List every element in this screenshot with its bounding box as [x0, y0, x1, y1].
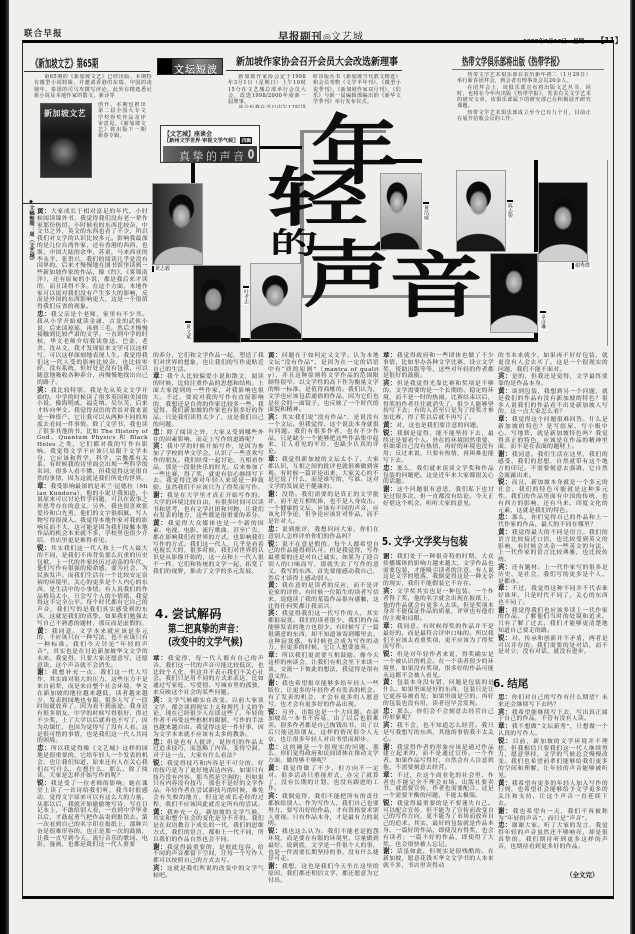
headline-rule: [452, 69, 604, 70]
dialogue-paragraph: 忠：但是也有人批评，说你们的作品太过追求技巧，而忽略了内容，变得空洞。对于这一点…: [153, 739, 264, 760]
speaker-label: 谢：: [153, 843, 167, 851]
dialogue-paragraph: 谢：没错。我们需要的是真正的文学批评，而不是互相吹捧，也不是人身攻击。一个健康的…: [268, 491, 379, 526]
dialogue-paragraph: 锐：对，传承和创新并不矛盾，两者是可以并存的。我们需要的是对话，而不是对立；没有…: [498, 635, 608, 656]
paragraph-text: 对，传承和创新并不矛盾，两者是可以并存的。我们需要的是对话，而不是对立；没有对话…: [498, 636, 608, 656]
dialogue-paragraph: 宾：其实我们说“没有作品”，是说没有一个文坛。但我觉得，这个说法本身就很有问题。…: [268, 414, 379, 456]
paragraph-text: 我觉得，每一代人都有自己的声音，我们这一代的声音可能比较低沉，也比较个人化，但这…: [153, 656, 264, 696]
dialogue-paragraph: 章：我觉得政府和一些团体也做了不少事情，比如举办各种文学比赛，设立文学奖，资助出…: [383, 352, 494, 380]
speaker-label: 黄：: [498, 387, 512, 395]
dialogue-paragraph: 黄：问题在于如何定义文学。认为本地文坛“没有作品”，是因为在一定的话语中有“质的…: [268, 352, 379, 414]
paragraph-text: 其实我们说“没有作品”，是说没有一个文坛。但我觉得，这个说法本身就很有问题。我们…: [268, 415, 379, 455]
paragraph-text: 所以我觉得像《文艺城》这样的园地是很重要的，它给年轻人一个发表的机会，也让我们知…: [37, 746, 148, 779]
paragraph-text: 我同意。文学本来就应该是多元的，不应该只有一种写法，也不应该只有一种标准。我们今…: [37, 629, 148, 669]
dialogue-paragraph: 谢：我想补充一点。我们这一代人写作，其实面对很大的压力，这些压力不是来自前辈，而…: [37, 669, 148, 745]
speaker-label: 锐：: [383, 650, 397, 658]
paragraph-text: 还有题材。上一代作家写的很多是历史、是社会，我们写的更多是个人、是都市。: [498, 565, 608, 585]
speaker-label: 锐：: [383, 429, 397, 437]
dialogue-paragraph: 黄：包装本身没有错，问题是包装的是什么。如果里面是好的东西，包装只是让它更容易被…: [383, 679, 494, 707]
brief-paragraph: 热带文学艺术俱乐部在农历新年初二（1月29日）举行新春团拜会，到会者有理事及会员…: [457, 72, 591, 85]
speaker-label: 锐：: [268, 827, 282, 835]
paragraph-text: 那么，你们会不会刻意去经营自己的形象呢？: [383, 709, 494, 722]
dialogue-paragraph: 章：我觉得，每一代人都有自己的声音，我们这一代的声音可能比较低沉，也比较个人化，…: [153, 655, 264, 697]
paragraph-text: 谢谢大家。听了大家的发言，我觉得年轻的声音虽然还不够响亮，却是很真挚的。我们期待…: [498, 823, 608, 849]
ornament-icon: [248, 149, 254, 159]
paragraph-text: 我觉得做了不少，但方向不一定对。很多活动只重视形式，办完了就算了，没有长期的计划…: [268, 766, 379, 792]
dialogue-paragraph: 锐：我觉得最重要的是不要迷失自己。可以配合宣传，但不能为了宣传而改变自己的写作方…: [383, 800, 494, 849]
dialogue-paragraph: 忠：说到批评，我想问问大家，你们在意别人怎样评价你们的作品吗？: [268, 526, 379, 541]
section-number: 6.: [493, 678, 504, 690]
paragraph-text: 没错。我们需要的是真正的文学批评，而不是互相吹捧，也不是人身攻击。一个健康的文坛…: [268, 492, 379, 525]
dialogue-paragraph: 锐：但是对年轻作者来说，得奖确实是一个被认识的机会。在一个读者很少的环境里，如果…: [383, 651, 494, 679]
paragraph-text: 的养分，它们和文学作品一起，塑造了我们对世界的想象，也让我们的写作更贴近自己的生…: [153, 353, 264, 373]
dialogue-paragraph: 忠：那么，你们会不会刻意去经营自己的形象呢？: [383, 708, 494, 723]
dialogue-paragraph: 章：所以我们更需要互相鼓励。像今天这样的座谈会，让我们有机会坐下来谈一谈，交流一…: [268, 652, 379, 680]
paragraph-text: 我想，这也是我们今天坐在这里的原因，我们都还相信文学，都还愿意为它付出。: [268, 864, 379, 884]
paragraph-text: 所以我们更需要互相鼓励。像今天这样的座谈会，让我们有机会坐下来谈一谈，交流一下彼…: [268, 653, 379, 679]
paragraph-text: 我倒是觉得，能不能坚持下去，最终还是要看个人。外在的环境固然重要，但如果自己没有…: [383, 431, 494, 464]
dialogue-paragraph: 宾：我觉得我们这一代写作的人，其实都很寂寞。我们的读者很少，我们的作品能够发表的…: [268, 610, 379, 652]
series-title-band: 真挚的声音: [163, 146, 257, 162]
paragraph-text: 但是也有人批评，说你们的作品太过追求技巧，而忽略了内容，变得空洞。对于这一点，大…: [153, 740, 264, 760]
speaker-label: 忠：: [498, 694, 512, 701]
brief-body: 热带文学艺术俱乐部在农历新年初二（1月29日）举行新春团拜会，到会者有理事及会员…: [457, 72, 591, 122]
paragraph-text: 我也希望有一天，我们不再被称为“年轻的声音”，而只是“声音”。: [498, 809, 608, 822]
dialogue-paragraph: 谢：我也希望报章能够多给年轻人一些版位，让更多的年轻作者有发表的机会。有了发表的…: [268, 680, 379, 708]
speaker-label: 谢：: [383, 485, 397, 493]
paragraph-text: 对，这也是我们要注意的问题。: [396, 423, 482, 429]
speaker-label: 宾：: [153, 696, 167, 704]
paragraph-text: 但是对年轻作者来说，得奖确实是一个被认识的机会。在一个读者很少的环境里，如果没有…: [383, 652, 494, 678]
paragraph-text: 我觉得政府和一些团体也做了不少事情，比如举办各种文学比赛，设立文学奖，资助出版等…: [383, 353, 494, 379]
speaker-label: 黄：: [37, 208, 51, 215]
paragraph-text: 我在意的是读者的反应，而不是评论家的评价。有时候一位陌生的读者写信来，说他读了我…: [268, 583, 379, 609]
speaker-label: 宾：: [498, 563, 512, 571]
dialogue-paragraph: 忠：你们对自己的写作有什么期望？未来还会继续写下去吗？: [498, 694, 608, 709]
photo-caption: 黄文斌: [185, 321, 191, 340]
brief-lead: 第65期的《新加坡文艺》已经出版。本期特有微型小说特辑，并邀请香港的东瑞、中国的…: [34, 74, 152, 99]
section-title: 文学·文学奖与包装: [394, 535, 468, 548]
paragraph-text: 我补充一点。新加坡的文学气候，其实和整个社会的变化是分不开的。我们是在双语教育下…: [153, 810, 264, 843]
section-heading-4: 4.尝试解码 第二把真挚的声音： (改变中的文学气候): [153, 607, 264, 653]
brief-headline: 新加坡作家协会召开会员大会改选新理事: [236, 58, 398, 68]
paragraph-text: 不过，我觉得这种不同并不代表谁好谁坏，只是时代不同了，关心的东西也不同了。: [498, 586, 608, 606]
dialogue-paragraph: 宾：我比较特别，我是先从英文文学开始的。中学的时候读了很多英国和美国的小说，像海…: [37, 387, 148, 483]
byline: ◆文稿整理：周（文艺城）: [26, 199, 35, 261]
paragraph-text: 我父亲是个老师，家里有不少书。我从小学开始就读金庸、古龙的武侠小说，后来读琼瑶，…: [37, 312, 148, 386]
brief-body-col-b: 时出版丛书《新加坡当代散文精选》和会员刊物《文学半年刊》、《微型小说季刊》、《新…: [313, 74, 401, 108]
paragraph-text: 我觉得最重要的是不要迷失自己。可以配合宣传，但不能为了宣传而改变自己的写作方向，…: [383, 801, 494, 848]
dialogue-paragraph: 宾：文学气候确实在改变。以前大家谈文学，都会谈到现实主义和现代主义的争论，现在已…: [153, 697, 264, 739]
dialogue-paragraph: 谢：我是在大学里才真正开始写作的。大学的环境比较自由，有很多时间可以读书和思考，…: [153, 492, 264, 520]
speaker-label: 黄：: [498, 779, 512, 787]
brief-headline: 热带文学俱乐部将出版《热带学报》: [462, 57, 563, 68]
paragraph-text: 谈到包装，我想到另一个问题，就是我们的作品有没有新加坡的特色？很多人说我们的作品…: [498, 389, 608, 415]
dialogue-paragraph: 黄：我在意的是读者的反应，而不是评论家的评价。有时候一位陌生的读者写信来，说他读…: [268, 582, 379, 610]
speaker-label: 谢：: [383, 743, 397, 751]
dialogue-paragraph: 宾：我中学的时候开始写作，是因为参加了学校的华文学会，认识了一些喜欢写作的朋友。…: [153, 443, 264, 492]
section-heading-main: 4.尝试解码: [155, 608, 222, 620]
paragraph-text: 我同意。我们生活在这里，我们的感受、我们的思想，自然就带有这个地方的印记。不需要…: [498, 452, 608, 478]
series-label-box: 【文艺城】座谈会 〖新州文学世界·审视文学气候〗四辑 真挚的声音: [160, 125, 260, 163]
speaker-label: 章：: [498, 415, 512, 423]
speaker-label: 忠：: [153, 738, 167, 746]
speaker-label: 锐：: [498, 737, 513, 745]
speaker-label: 锐：: [268, 708, 282, 716]
speaker-label: 锐：: [37, 779, 51, 787]
speaker-label: 谢：: [498, 450, 512, 458]
speaker-label: 忠：: [153, 428, 167, 436]
brief-paragraph: 在团拜会上，该俱乐部宣布将出版文艺丛书，同时，也将在今年内出版《热带学报》，发表…: [457, 85, 591, 110]
paragraph-text: 的书本来就少，如果再不好好包装，就更没有人会去买了。这是一个很现实的问题，我们不…: [498, 353, 608, 373]
dialogue-paragraph: 谢：我觉得最重要的，是彼此包容，给不同的声音都留下空间，让每一个写作人都可以按照…: [153, 844, 264, 865]
dialogue-paragraph: 锐：而且，新加坡本身就是一个多元的社会，我们的特色可能就是这种多元性。我们的作品…: [498, 479, 608, 514]
speaker-label: 章：: [153, 372, 167, 380]
dialogue-paragraph: 谢：我同意。我们生活在这里，我们的感受、我们的思想，自然就带有这个地方的印记。不…: [498, 451, 608, 479]
speaker-label: 章：: [383, 352, 397, 359]
article-column-4-bottom: 谢：我们处于一种很奇特的时期，大众传播媒体的影响力越来越大，文学作品也需要包装，…: [383, 553, 494, 894]
section-heading-5: 5.文学·文学奖与包装: [382, 536, 468, 547]
dialogue-paragraph: 黄：我觉得做了不少，但方向不一定对。很多活动只重视形式，办完了就算了，没有长期的…: [268, 765, 379, 793]
paragraph-text: 我不会，也不知道怎么经营。我只是写我想写的东西，其他的事情我不太关心。: [383, 723, 494, 743]
speaker-label: 黄：: [268, 581, 282, 589]
speaker-label: 黄：: [37, 627, 52, 635]
speaker-label: 锐：: [153, 759, 167, 767]
paragraph-text: 除了阅读之外，大家又受到哪些外在的因素影响，而走上写作的道路呢？: [153, 430, 264, 443]
speaker-label: 章：: [153, 655, 168, 662]
paragraph-text: 而且，新加坡本身就是一个多元的社会，我们的特色可能就是这种多元性。我们的作品里面…: [498, 480, 608, 513]
speaker-label: 谢：: [268, 490, 282, 498]
portrait-photo: [456, 170, 506, 252]
dialogue-paragraph: 宾：文学奖其实也是一种包装。一个作者得了奖，他的名字就会出现在报纸上，他的作品就…: [383, 588, 494, 623]
dialogue-paragraph: 忠：那么，你们觉得自己的作品和上一代作家的作品，最大的不同在哪里？: [498, 514, 608, 529]
dialogue-paragraph: 谢：我也希望有一天，我们不再被称为“年轻的声音”，而只是“声音”。: [498, 808, 608, 823]
paragraph-text: 那么，你们觉得自己的作品和上一代作家的作品，最大的不同在哪里？: [498, 515, 608, 528]
dialogue-paragraph: 黄：我觉得最大的不同是语言。我们的语言比较接近口语，也比较受到英文的影响，有时候…: [498, 529, 608, 564]
portrait-photo: [250, 263, 302, 340]
paragraph-text: 我觉得我们这一代写作的人，其实都很寂寞。我们的读者很少，我们的作品能够发表的地方…: [268, 611, 379, 651]
paragraph-text: 我同意。有时候得奖的作品并不是最好的，而是最符合评审口味的。所以我们不应该太看重…: [383, 624, 494, 650]
paragraph-text: 是的，但我还是觉得，文学最终要靠的是作品本身。: [498, 374, 608, 387]
end-of-article-mark: （全文完）: [566, 870, 599, 879]
speaker-label: 忠：: [498, 513, 512, 521]
scan-edge-left: [0, 0, 9, 934]
dialogue-paragraph: 黄：我补充一点。新加坡的文学气候，其实和整个社会的变化是分不开的。我们是在双语教…: [153, 809, 264, 844]
speaker-label: 宾：: [383, 721, 397, 729]
brief-paragraph: 新加坡作家协会定于1998年3月1日（星期日）上午10时15分在文艺城总部举行会…: [228, 74, 306, 105]
speaker-label: 忠：: [498, 821, 512, 829]
column-label: 文坛短波: [174, 61, 218, 76]
dialogue-paragraph: 章：不过，我觉得这种不同并不代表谁好谁坏，只是时代不同了，关心的东西也不同了。: [498, 585, 608, 606]
dialogue-paragraph: 锐：另外，出版也是一个大问题。在新加坡出一本书不容易，出了以后也很难卖。很多作者…: [268, 709, 379, 744]
portrait-photo: [152, 183, 203, 265]
series-line-2: 〖新州文学世界·审视文学气候〗四辑: [164, 137, 252, 144]
portrait-photo: [538, 182, 588, 262]
dialogue-paragraph: 锐：我是受了一位老师的影响。她在课堂上读了一首诗给我们听，我当时很感动，觉得文字…: [37, 780, 148, 849]
dialogue-paragraph: 章：我觉得新加坡的文坛太小了，大家都认识，互相之间的批评也就很难做到客观。有时候…: [268, 456, 379, 491]
paragraph-text: 说到批评，我想问问大家，你们在意别人怎样评价你们的作品吗？: [268, 527, 379, 540]
dialogue-paragraph: 谢：这个问题很有意思，我们私下也讨论过很多次，但一直都没有结论。今天正好借这个机…: [383, 486, 494, 507]
paragraph-text: 我觉得技巧和内容是不可分的。好的技巧是为了更好地表达内容，如果只有技巧没有内容，…: [153, 761, 264, 808]
paragraph-text: 我也这么认为。我们不能老是抱怨环境，而是要在有限的环境里，尽量做到最好。说到底，…: [268, 829, 379, 862]
dialogue-paragraph: 黄：我同意。文学本来就应该是多元的，不应该只有一种写法，也不应该只有一种标准。我…: [37, 628, 148, 670]
paragraph-text: 目前，新加坡的文学环境并不理想，但我相信只要我们这一代人继续努力，愿意坚持，文学…: [498, 739, 608, 779]
speaker-label: 章：: [268, 455, 282, 463]
dialogue-paragraph: 宾：还有题材。上一代作家写的很多是历史、是社会，我们写的更多是个人、是都市。: [498, 564, 608, 585]
dialogue-paragraph: 忠：我父亲是个老师，家里有不少书。我从小学开始就读金庸、古龙的武侠小说，后来读琼…: [37, 311, 148, 387]
speaker-label: 黄：: [383, 678, 397, 686]
speaker-label: 忠：: [268, 743, 283, 751]
section-subtitle: 第二把真挚的声音：: [168, 624, 244, 635]
speaker-label: 谢：: [383, 847, 397, 855]
paragraph-text: 我觉得我们也应该多读上一代作家的作品，了解他们当时的处境和追求。只有了解了过去，…: [498, 608, 608, 634]
article-column-2-top: 的养分，它们和文学作品一起，塑造了我们对世界的想象，也让我们的写作更贴近自己的生…: [153, 352, 264, 604]
section-rule: [22, 203, 152, 204]
speaker-label: 谢：: [153, 491, 167, 499]
paragraph-text: 我也希望报章能够多给年轻人一些版位，让更多的年轻作者有发表的机会。有了发表的机会…: [268, 681, 379, 707]
paragraph-text: 说不在意是假的。每个人都希望自己的作品能得到认可。但是我觉得，写作最重要的还是对…: [268, 542, 379, 582]
speaker-label: 宾：: [383, 587, 397, 595]
paragraph-text: 我希望有更多的年轻人加入写作的行列，也希望社会能够给予文学更多的关注和支持，让这…: [498, 781, 608, 807]
photo-caption: 叶孝忠: [243, 286, 249, 305]
paragraph-text: 这就是我们所说的改变中的文学气候吧。: [153, 866, 264, 879]
dialogue-paragraph: 黄：我觉得大众媒体也是一个新的因素。电视、电影、流行歌曲，甚至广告，都在影响我们…: [153, 520, 264, 575]
paragraph-text: 我是受了一位老师的影响。她在课堂上读了一首诗给我们听，我当时很感动，觉得文字原来…: [37, 781, 148, 848]
speaker-label: 锐：: [498, 478, 512, 486]
paragraph-text: 我觉得作者的形象应该是通过作品建立起来的，而不是通过宣传。一个作者，如果作品写得…: [383, 745, 494, 771]
series-title: 真挚的声音: [179, 148, 247, 164]
paragraph-text: 我倒觉得，我们不能把所有的责任都推给别人。作为写作人，我们自己也要努力，要写出好…: [268, 794, 379, 827]
paragraph-text: 我个人比较偏爱小说和散文，阅读的时候，比较注重作品的思想和结构。上面大家提到的一…: [153, 374, 264, 428]
dialogue-paragraph: 宾：我希望能继续写下去，写出真正属于自己的作品，不管有没有人读。: [498, 709, 608, 724]
dialogue-paragraph: 忠：那么，我们就来谈谈文学奖和作品包装的问题吧。这是近年来大家都很关心的话题。: [383, 465, 494, 486]
dialogue-paragraph: 章：我同意。有时候得奖的作品并不是最好的，而是最符合评审口味的。所以我们不应该太…: [383, 623, 494, 651]
dialogue-paragraph: 锐：我也这么认为。我们不能老是抱怨环境，而是要在有限的环境里，尽量做到最好。说到…: [268, 828, 379, 863]
paragraph-text: 话虽如此，但现实是很残酷的。在新加坡，愿意花钱买华文文学书的人本来就不多，书店里…: [383, 849, 494, 869]
article-column-2-bottom: 章：我觉得，每一代人都有自己的声音，我们这一代的声音可能比较低沉，也比较个人化，…: [153, 655, 264, 894]
dialogue-paragraph: 宾：我不会，也不知道怎么经营。我只是写我想写的东西，其他的事情我不太关心。: [383, 722, 494, 743]
connector-line: [260, 146, 302, 149]
dialogue-paragraph: 锐：我倒是觉得，能不能坚持下去，最终还是要看个人。外在的环境固然重要，但如果自己…: [383, 430, 494, 465]
speaker-label: 宾：: [37, 386, 51, 394]
photo-caption: 陈志锐: [507, 200, 513, 219]
speaker-label: 忠：: [268, 525, 282, 533]
speaker-label: 宾：: [268, 609, 282, 617]
photo-caption: 谢秀群: [572, 263, 591, 269]
scan-edge-right: [630, 0, 635, 934]
dialogue-paragraph: 宾：这就是我们所说的改变中的文学气候吧。: [153, 865, 264, 880]
speaker-label: 黄：: [153, 519, 168, 527]
dialogue-paragraph: 宾：是的，但我还是觉得，文学最终要靠的是作品本身。: [498, 373, 608, 388]
dialogue-paragraph: 章：我受影响最深的是米兰·昆德拉（Milan Kundera），他的小说让我知道…: [37, 483, 148, 545]
dialogue-paragraph: 的书本来就少，如果再不好好包装，就更没有人会去买了。这是一个很现实的问题，我们不…: [498, 352, 608, 373]
speaker-label: 谢：: [268, 862, 282, 870]
portrait-photo: [193, 265, 241, 343]
feature-title-char: 声: [303, 240, 393, 312]
dialogue-paragraph: 章：我不想做“文坛新秀”，只想做一个认真的写作人。: [498, 723, 608, 738]
paragraph-text: 那么，我们就来谈谈文学奖和作品包装的问题吧。这是近年来大家都很关心的话题。: [383, 466, 494, 486]
paragraph-text: 我觉得新加坡的文坛太小了，大家都认识，互相之间的批评也就很难做到客观。有时候一篇…: [268, 457, 379, 490]
speaker-label: 谢：: [383, 553, 397, 560]
speaker-label: 宾：: [498, 708, 512, 716]
paragraph-text: 不过，在这个商业化的社会里，作者也不能完全不理会市场。出版社要卖书，就需要宣传，…: [383, 773, 494, 799]
feature-title-char: 音: [389, 251, 483, 322]
speaker-label: 章：: [498, 584, 512, 592]
paragraph-text: 这个问题很有意思，我们私下也讨论过很多次，但一直都没有结论。今天正好借这个机会，…: [383, 487, 494, 507]
paragraph-text: 问题在于如何定义文学。认为本地文坛“没有作品”，是因为在一定的话语中有“质的原则…: [268, 353, 379, 413]
speaker-label: 黄：: [268, 352, 282, 359]
speaker-label: 宾：: [268, 413, 282, 421]
collage-bottom-rule: [193, 338, 538, 342]
dialogue-paragraph: 忠：除了阅读之外，大家又受到哪些外在的因素影响，而走上写作的道路呢？: [153, 429, 264, 444]
speaker-label: 宾：: [153, 442, 167, 450]
paragraph-text: 我想补充一点。我们这一代人写作，其实面对很大的压力，这些压力不是来自前辈，而是来…: [37, 670, 148, 744]
dialogue-paragraph: 谢：我想，这也是我们今天坐在这里的原因，我们都还相信文学，都还愿意为它付出。: [268, 863, 379, 884]
paragraph-text: 我觉得这个问题很难回答。什么是新加坡的特色？是写组屋、写小贩中心、写地铁，就是新…: [498, 417, 608, 450]
section-number: 5.: [382, 535, 391, 548]
article-column-5-bottom: 忠：你们对自己的写作有什么期望？未来还会继续写下去吗？宾：我希望能继续写下去，写…: [498, 694, 608, 869]
paragraph-text: 我比较特别，我是先从英文文学开始的。中学的时候读了很多英国和美国的小说，像海明威…: [37, 388, 148, 482]
dialogue-paragraph: 黄：谈到包装，我想到另一个问题，就是我们的作品有没有新加坡的特色？很多人说我们的…: [498, 388, 608, 416]
speaker-label: 锐：: [498, 634, 512, 642]
speaker-label: 忠：: [383, 464, 397, 472]
speaker-label: 黄：: [153, 808, 167, 816]
feature-title-char: 轻: [268, 166, 368, 230]
speaker-label: 宾：: [268, 792, 282, 800]
portrait-photo: [380, 173, 422, 250]
speaker-label: 宾：: [383, 379, 397, 387]
section-number: 4.: [155, 607, 169, 621]
dialogue-paragraph: 锐：我觉得技巧和内容是不可分的。好的技巧是为了更好地表达内容，如果只有技巧没有内…: [153, 760, 264, 809]
speaker-label: 章：: [37, 482, 50, 490]
dialogue-paragraph: 的养分，它们和文学作品一起，塑造了我们对世界的想象，也让我们的写作更贴近自己的生…: [153, 352, 264, 373]
photo-caption: 卓彦琳: [540, 311, 546, 330]
brief-body-col-a: 新加坡作家协会定于1998年3月1日（星期日）上午10时15分在文艺城总部举行会…: [228, 74, 306, 108]
paragraph-text: 我希望能继续写下去，写出真正属于自己的作品，不管有没有人读。: [498, 710, 608, 723]
dialogue-paragraph: 黄：我希望有更多的年轻人加入写作的行列，也希望社会能够给予文学更多的关注和支持，…: [498, 780, 608, 808]
magazine-cover-image: 新加坡文艺: [40, 103, 92, 178]
section-heading-6: 6.结尾: [493, 679, 528, 690]
brief-paragraph: 时出版丛书《新加坡当代散文精选》和会员刊物《文学半年刊》、《微型小说季刊》、《新…: [313, 74, 401, 105]
speaker-label: 谢：: [498, 807, 513, 815]
dialogue-paragraph: 锐：目前，新加坡的文学环境并不理想，但我相信只要我们这一代人继续努力，愿意坚持，…: [498, 738, 608, 780]
dialogue-paragraph: 章：不过，在这个商业化的社会里，作者也不能完全不理会市场。出版社要卖书，就需要宣…: [383, 772, 494, 800]
paragraph-text: 我觉得最大的不同是语言。我们的语言比较接近口语，也比较受到英文的影响，有时候会夹…: [498, 530, 608, 563]
dialogue-paragraph: 谢：我觉得我们也应该多读上一代作家的作品，了解他们当时的处境和追求。只有了解了过…: [498, 607, 608, 635]
article-column-3: 黄：问题在于如何定义文学。认为本地文坛“没有作品”，是因为在一定的话语中有“质的…: [268, 352, 379, 894]
section-title: 结尾: [507, 678, 528, 690]
paragraph-text: 我不想做“文坛新秀”，只想做一个认真的写作人。: [498, 724, 608, 737]
headline-rule: [24, 71, 150, 72]
dialogue-paragraph: 宾：但是我觉得光靠比赛和奖项是不够的。文学需要的是一个长期的、稳定的环境，而不是…: [383, 380, 494, 422]
brief-headline: 《新加坡文艺》第65期: [32, 58, 98, 69]
speaker-label: 章：: [383, 771, 397, 779]
speaker-label: 锐：: [268, 540, 282, 548]
dialogue-paragraph: 章：我觉得这个问题很难回答。什么是新加坡的特色？是写组屋、写小贩中心、写地铁，就…: [498, 416, 608, 451]
dialogue-paragraph: 谢：我们处于一种很奇特的时期，大众传播媒体的影响力越来越大，文学作品也需要包装，…: [383, 553, 494, 588]
dialogue-paragraph: 锐：其实我们这一代人和上一代人最大的不同，是我们不再背负那么沉重的历史包袱。上一…: [37, 545, 148, 628]
brief-body: 第65期的《新加坡文艺》已经出版。本期特有微型小说特辑，并邀请香港的东瑞、中国的…: [34, 74, 152, 101]
brief-body-side: 创作。本期也推出第二届全国大专文学奖得奖作品及评审意见。《新加坡文艺》将出版下一…: [98, 102, 146, 172]
speaker-label: 章：: [268, 651, 282, 659]
paragraph-text: 另外，出版也是一个大问题。在新加坡出一本书不容易，出了以后也很难卖。很多作者都是…: [268, 710, 379, 743]
dialogue-paragraph: 忠：这的确是一个很现实的问题。那么，你们觉得政府和民间团体在推动文学方面，做得够…: [268, 744, 379, 765]
speaker-label: 谢：: [498, 606, 512, 614]
paragraph-text: 我们处于一种很奇特的时期，大众传播媒体的影响力越来越大，文学作品也需要包装，才能…: [383, 554, 494, 587]
paragraph-text: 我受影响最深的是米兰·昆德拉（Milan Kundera），他的小说让我知道，小…: [37, 484, 148, 544]
series-badge: 四辑: [240, 137, 252, 144]
dialogue-paragraph: 章：我个人比较偏爱小说和散文，阅读的时候，比较注重作品的思想和结构。上面大家提到…: [153, 373, 264, 428]
portrait-photo: [490, 253, 538, 333]
speaker-label: 忠：: [37, 310, 51, 318]
dialogue-paragraph: 黄：对，这也是我们要注意的问题。: [383, 422, 494, 430]
speaker-label: 黄：: [383, 421, 396, 429]
speaker-label: 宾：: [153, 864, 167, 872]
paragraph-text: 但是我觉得光靠比赛和奖项是不够的。文学需要的是一个长期的、稳定的环境，而不是一时…: [383, 381, 494, 421]
connector-line: [191, 163, 195, 184]
speaker-label: 锐：: [37, 544, 51, 552]
speaker-label: 宾：: [498, 372, 512, 380]
photo-caption: 黄浩威: [423, 202, 429, 221]
photo-caption: 黄志毅: [152, 266, 171, 272]
dialogue-paragraph: 谢：我觉得作者的形象应该是通过作品建立起来的，而不是通过宣传。一个作者，如果作品…: [383, 744, 494, 772]
column-label-badge: 文坛短波: [157, 58, 223, 75]
connector-line: [380, 159, 422, 163]
paragraph-text: 文学奖其实也是一种包装。一个作者得了奖，他的名字就会出现在报纸上，他的作品就会有…: [383, 589, 494, 622]
paragraph-text: 我是在大学里才真正开始写作的。大学的环境比较自由，有很多时间可以读书和思考，也有…: [153, 493, 264, 519]
section-title: 尝试解码: [172, 607, 222, 621]
speaker-label: 黄：: [268, 764, 283, 772]
paragraph-text: 文学气候确实在改变。以前大家谈文学，都会谈到现实主义和现代主义的争论，现在已经很…: [153, 698, 264, 738]
dialogue-paragraph: 忠：谢谢大家。听了大家的发言，我觉得年轻的声音虽然还不够响亮，却是很真挚的。我们…: [498, 822, 608, 850]
paragraph-text: 你们对自己的写作有什么期望？未来还会继续写下去吗？: [498, 695, 608, 708]
paragraph-text: 这的确是一个很现实的问题。那么，你们觉得政府和民间团体在推动文学方面，做得够不够…: [268, 745, 379, 765]
article-column-4-top: 章：我觉得政府和一些团体也做了不少事情，比如举办各种文学比赛，设立文学奖，资助出…: [383, 352, 494, 532]
paragraph-text: 包装本身没有错，问题是包装的是什么。如果里面是好的东西，包装只是让它更容易被看见…: [383, 680, 494, 706]
feature-right-rule: [607, 160, 608, 346]
series-name: 〖新州文学世界·审视文学气候〗: [164, 138, 238, 144]
section-subtitle: (改变中的文学气候): [168, 637, 243, 648]
speaker-label: 章：: [498, 722, 512, 730]
speaker-label: 锐：: [383, 799, 397, 807]
brief-paragraph: 该会也将在当日中午12时进行新书发布仪式，同: [228, 105, 306, 108]
paragraph-text: 我觉得最重要的，是彼此包容，给不同的声音都留下空间，让每一个写作人都可以按照自己…: [153, 845, 264, 865]
dialogue-paragraph: 宾：我倒觉得，我们不能把所有的责任都推给别人。作为写作人，我们自己也要努力，要写…: [268, 793, 379, 828]
speaker-label: 谢：: [37, 668, 52, 676]
headline-rule: [226, 70, 402, 71]
cover-title: 新加坡文艺: [44, 108, 86, 119]
brief-side-text: 创作。本期也推出第二届全国大专文学奖得奖作品及评审意见。《新加坡文艺》将出版下一…: [98, 102, 146, 140]
paragraph-text: 我觉得大众媒体也是一个新的因素。电视、电影、流行歌曲，甚至广告，都在影响我们看世…: [153, 521, 264, 575]
dialogue-paragraph: 忠：所以我觉得像《文艺城》这样的园地是很重要的，它给年轻人一个发表的机会，也让我…: [37, 745, 148, 780]
speaker-label: 谢：: [268, 679, 282, 687]
paragraph-text: 大家成长于相对富足的年代，小时候阅读课外书，我觉得我们没有老一辈作家那份热切。小…: [37, 209, 148, 310]
dialogue-paragraph: 黄：大家成长于相对富足的年代，小时候阅读课外书，我觉得我们没有老一辈作家那份热切…: [37, 208, 148, 311]
speaker-label: 黄：: [498, 528, 512, 536]
masthead: 联合早报: [24, 27, 63, 39]
article-column-5-top: 的书本来就少，如果再不好好包装，就更没有人会去买了。这是一个很现实的问题，我们不…: [498, 352, 608, 672]
paragraph-text: 我中学的时候开始写作，是因为参加了学校的华文学会，认识了一些喜欢写作的朋友。我们…: [153, 444, 264, 491]
speaker-label: 章：: [383, 622, 397, 630]
speaker-label: 忠：: [37, 744, 51, 752]
dialogue-paragraph: 锐：说不在意是假的。每个人都希望自己的作品能得到认可。但是我觉得，写作最重要的还…: [268, 541, 379, 583]
article-column-1: 黄：大家成长于相对富足的年代，小时候阅读课外书，我觉得我们没有老一辈作家那份热切…: [37, 208, 148, 894]
brief-paragraph: 热带文学艺术俱乐部成立至今已有九个月，目前正在展开招收会员的工作。: [457, 110, 591, 122]
speaker-label: 忠：: [383, 707, 397, 715]
paragraph-text: 其实我们这一代人和上一代人最大的不同，是我们不再背负那么沉重的历史包袱。上一代的…: [37, 546, 148, 627]
dialogue-paragraph: 谢：话虽如此，但现实是很残酷的。在新加坡，愿意花钱买华文文学书的人本来就不多，书…: [383, 848, 494, 869]
